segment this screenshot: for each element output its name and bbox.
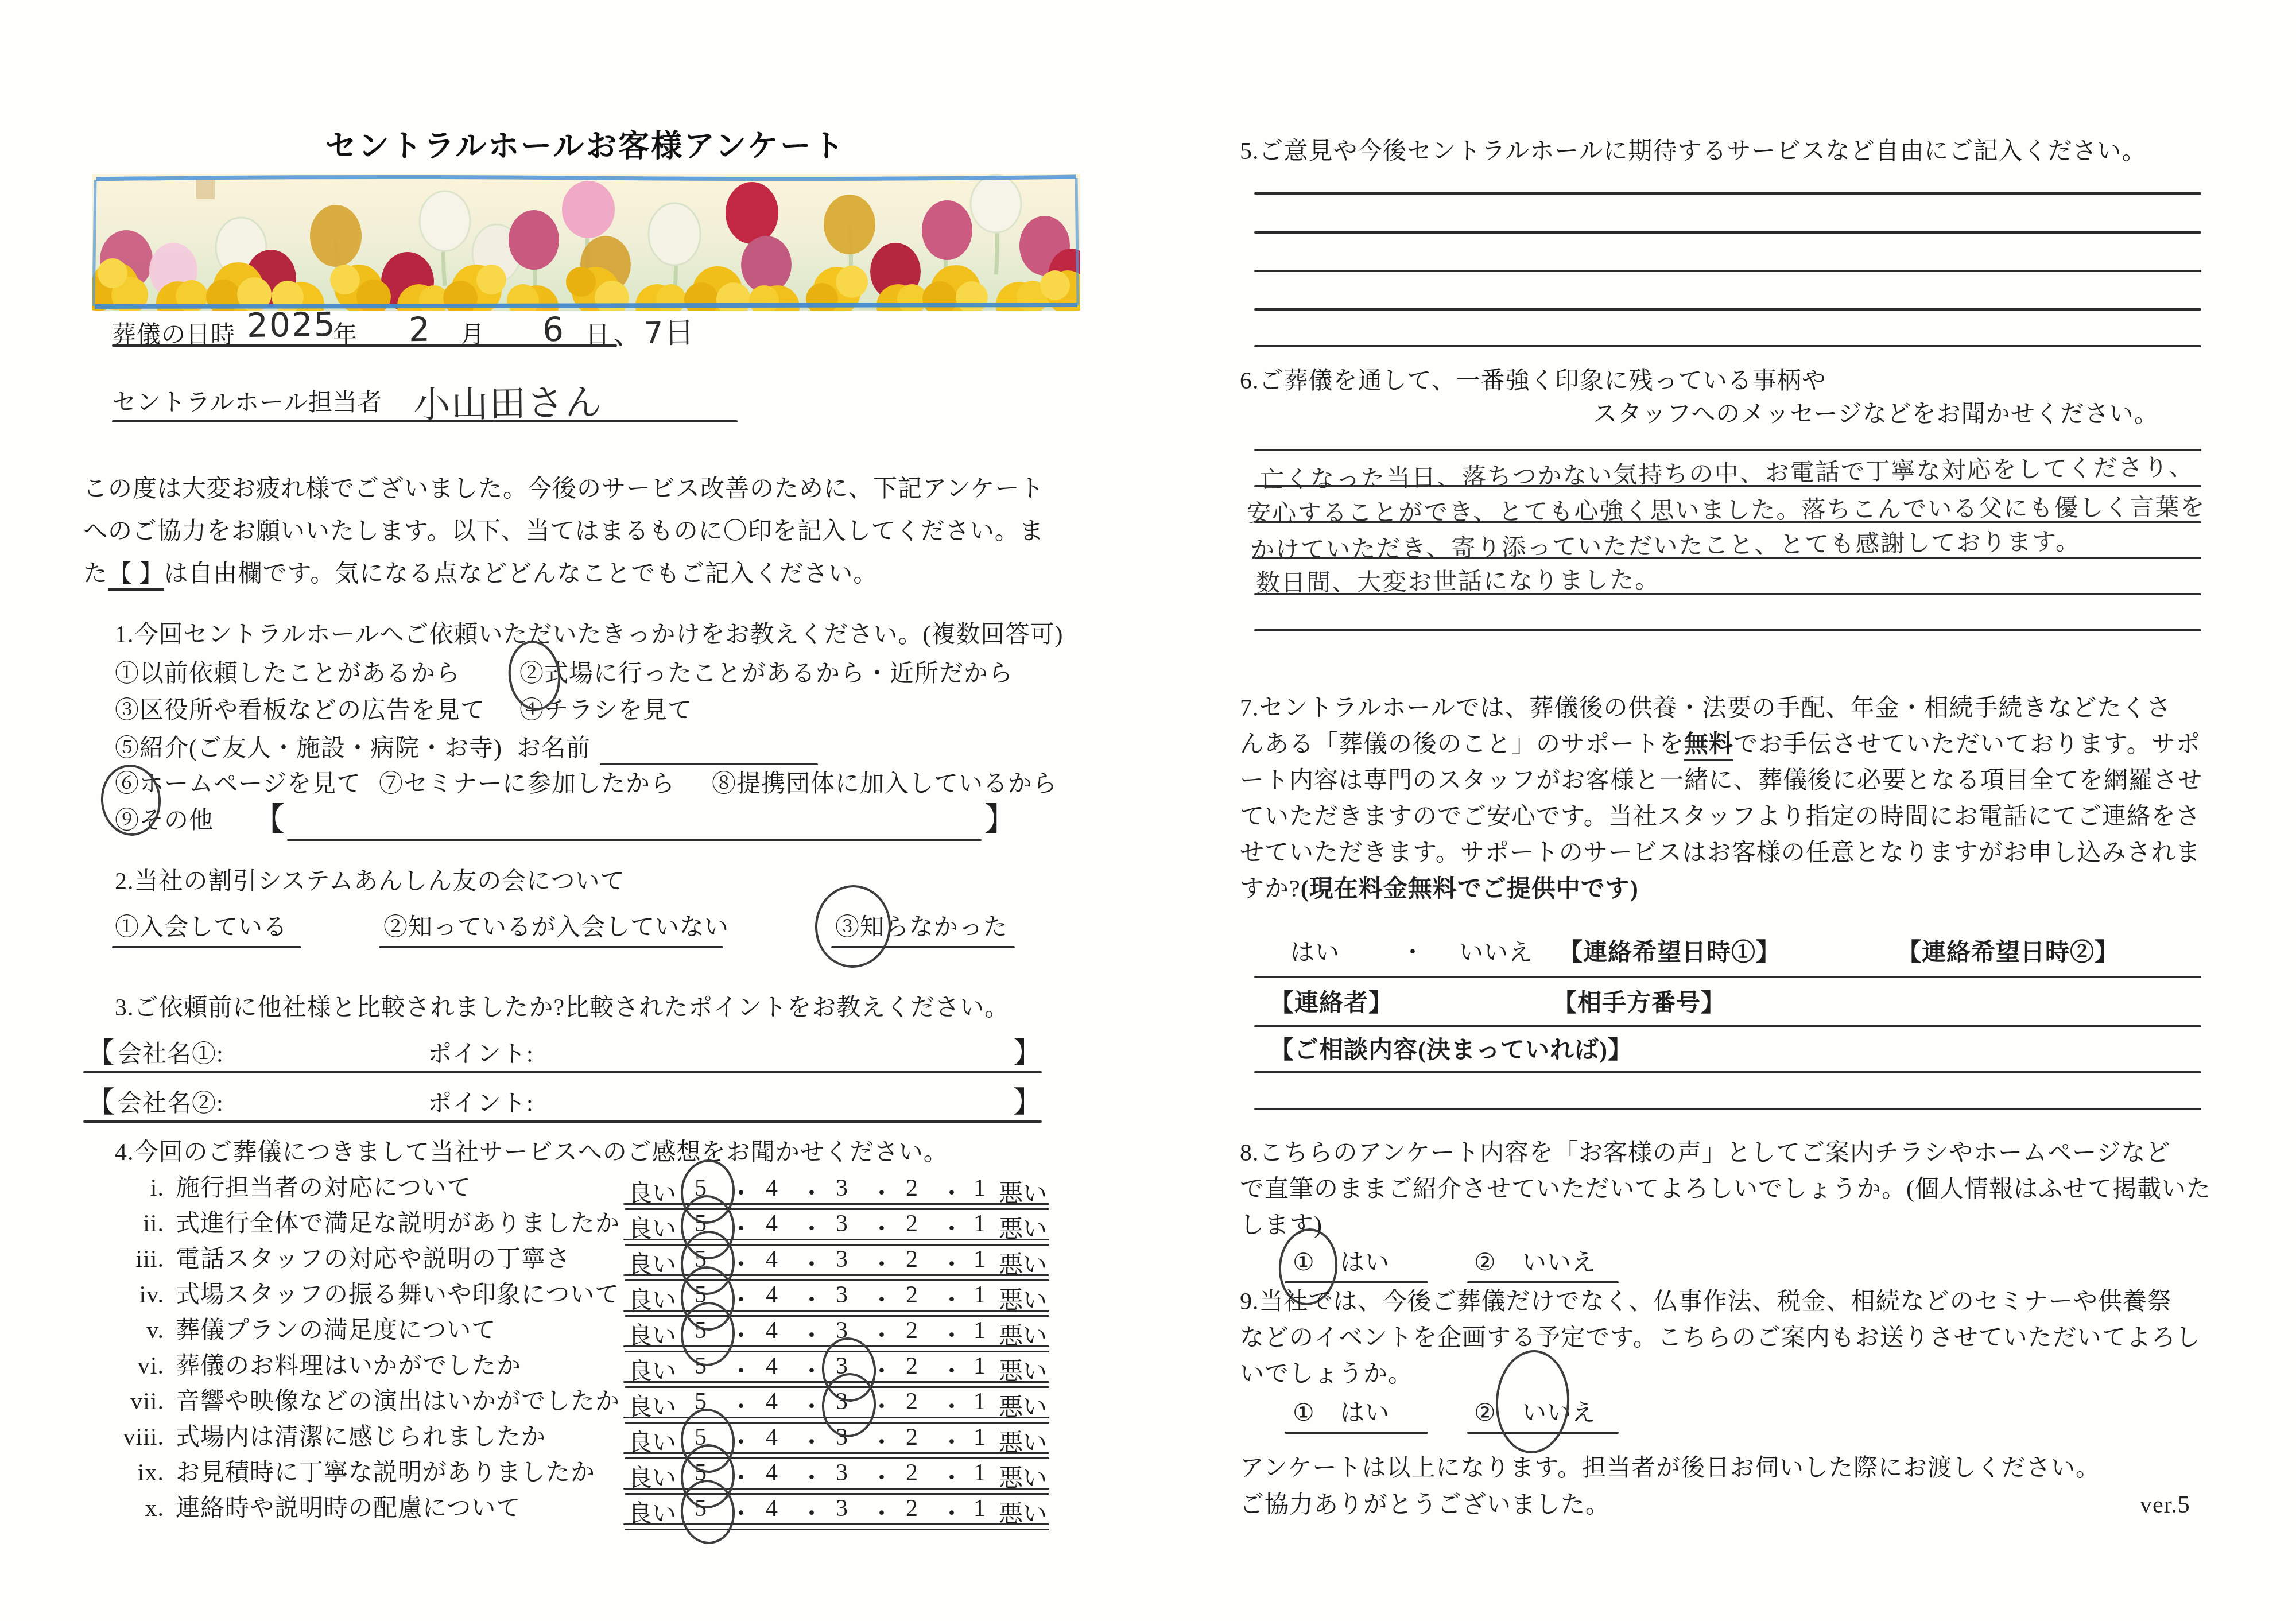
scale-value-4: 4	[766, 1352, 778, 1380]
q5-blank-line-5	[1254, 345, 2201, 347]
q9-option-2-number: ②	[1474, 1399, 1496, 1427]
scale-value-3: 3	[836, 1424, 848, 1451]
rating-row-numeral: ii.	[115, 1210, 164, 1238]
scale-value-1: 1	[974, 1174, 986, 1202]
q7-no-label: いいえ	[1459, 939, 1533, 967]
q7-contact-person: 【連絡者】	[1270, 990, 1393, 1017]
scale-value-2: 2	[906, 1388, 918, 1416]
q5-heading: 5.ご意見や今後セントラルホールに期待するサービスなど自由にご記入ください。	[1240, 138, 2146, 165]
q1-option-8: ⑧提携団体に加入しているから	[712, 770, 1057, 798]
rating-row-numeral: x.	[115, 1495, 164, 1522]
scale-value-4: 4	[766, 1459, 778, 1487]
rating-row: i. 施行担当者の対応について 良い 5 ・ 4 ・ 3 ・ 2 ・ 1 悪い	[0, 1174, 1148, 1210]
intro-line-1: この度は大変お疲れ様でございました。今後のサービス改善のために、下記アンケート	[83, 475, 1044, 503]
rating-row-label: 式場内は清潔に感じられましたか	[176, 1424, 546, 1451]
q6-heading-line-2: スタッフへのメッセージなどをお聞かせください。	[1593, 401, 2159, 428]
scale-value-1: 1	[974, 1281, 986, 1309]
funeral-year-value: 2025	[247, 305, 337, 345]
staff-label: セントラルホール担当者	[112, 389, 382, 417]
funeral-day-extra: 、7日	[612, 308, 695, 352]
scale-value-2: 2	[906, 1317, 918, 1344]
rating-row-numeral: ix.	[115, 1459, 164, 1487]
q3-row1-bracket-open: 【	[86, 1037, 115, 1070]
scale-value-2: 2	[906, 1459, 918, 1487]
rating-scale: 良い 5 ・ 4 ・ 3 ・ 2 ・ 1 悪い	[626, 1495, 1085, 1530]
rating-row-numeral: viii.	[115, 1424, 164, 1451]
intro-line-2: へのご協力をお願いいたします。以下、当てはまるものに〇印を記入してください。ま	[83, 518, 1044, 545]
q9-option-1-label: はい	[1340, 1399, 1390, 1427]
q9-option-1-underline	[1285, 1432, 1428, 1434]
q3-row2-underline	[83, 1120, 1042, 1123]
q9-line-2: などのイベントを企画する予定です。こちらのご案内もお送りさせていただいてよろし	[1240, 1324, 2201, 1352]
q3-row1-bracket-close: 】	[1013, 1037, 1042, 1070]
q7-row2-underline	[1254, 1025, 2201, 1027]
rating-row: vi. 葬儀のお料理はいかがでしたか 良い 5 ・ 4 ・ 3 ・ 2 ・ 1 …	[0, 1352, 1148, 1388]
q7-line-5: せていただきます。サポートのサービスはお客様の任意となりますがお申し込みされま	[1240, 839, 2201, 867]
q8-option-2-label: いいえ	[1522, 1249, 1596, 1277]
rating-row-numeral: iii.	[115, 1246, 164, 1273]
q1-name-label: お名前	[517, 735, 591, 762]
q5-blank-line-3	[1254, 270, 2201, 272]
rating-row: ix. お見積時に丁寧な説明がありましたか 良い 5 ・ 4 ・ 3 ・ 2 ・…	[0, 1459, 1148, 1495]
scale-value-1: 1	[974, 1388, 986, 1416]
hand-circle-q9-opt2	[1493, 1348, 1572, 1455]
q2-option-1-underline	[112, 946, 301, 948]
rating-row-numeral: v.	[115, 1317, 164, 1344]
rating-row: v. 葬儀プランの満足度について 良い 5 ・ 4 ・ 3 ・ 2 ・ 1 悪い	[0, 1317, 1148, 1352]
rating-row-numeral: i.	[115, 1174, 164, 1202]
scale-value-2: 2	[906, 1210, 918, 1238]
q3-row1-company-label: 会社名①:	[118, 1041, 224, 1068]
rating-row-label: 施行担当者の対応について	[176, 1174, 471, 1202]
scale-value-3: 3	[836, 1495, 848, 1522]
rating-row-label: お見積時に丁寧な説明がありましたか	[176, 1459, 595, 1487]
q3-row1-underline	[83, 1071, 1042, 1073]
q3-heading: 3.ご依頼前に他社様と比較されましたか?比較されたポイントをお教えください。	[115, 994, 1009, 1022]
rating-row: ii. 式進行全体で満足な説明がありましたか 良い 5 ・ 4 ・ 3 ・ 2 …	[0, 1210, 1148, 1246]
scale-value-1: 1	[974, 1495, 986, 1522]
q7-line-2: んある「葬儀の後のこと」のサポートを無料でお手伝させていただいております。サポ	[1240, 731, 2201, 758]
footer-line-1: アンケートは以上になります。担当者が後日お伺いした際にお渡しください。	[1240, 1455, 2100, 1482]
scale-value-3: 3	[836, 1246, 848, 1273]
survey-page: セントラルホールお客様アンケート	[0, 0, 2296, 1621]
intro-line-3: た【 】は自由欄です。気になる点などどんなことでもご記入ください。	[83, 560, 878, 588]
q7-yes-label: はい	[1290, 939, 1340, 967]
q6-answer-line-4: 数日間、大変お世話になりました。	[1256, 561, 1661, 599]
q2-heading: 2.当社の割引システムあんしん友の会について	[115, 868, 625, 895]
q7-row3-underline	[1254, 1071, 2201, 1073]
q4-heading: 4.今回のご葬儀につきまして当社サービスへのご感想をお聞かせください。	[115, 1139, 948, 1166]
q1-name-underline	[600, 763, 818, 765]
q9-line-3: いでしょうか。	[1240, 1360, 1413, 1388]
q7-line-6: すか?(現在料金無料でご提供中です)	[1240, 875, 1639, 903]
rating-row-numeral: iv.	[115, 1281, 164, 1309]
scan-artifact	[196, 180, 215, 199]
scale-value-4: 4	[766, 1246, 778, 1273]
scale-value-1: 1	[974, 1424, 986, 1451]
q8-option-2-number: ②	[1474, 1249, 1496, 1277]
q8-line-1: 8.こちらのアンケート内容を「お客様の声」としてご案内チラシやホームページなど	[1240, 1139, 2170, 1167]
q9-line-1: 9.当社では、今後ご葬儀だけでなく、仏事作法、税金、相続などのセミナーや供養祭	[1240, 1288, 2172, 1316]
q6-answer-line-3: かけていただき、寄り添っていただいたこと、とても感謝しております。	[1250, 522, 2081, 565]
rating-row: iv. 式場スタッフの振る舞いや印象について 良い 5 ・ 4 ・ 3 ・ 2 …	[0, 1281, 1148, 1317]
rating-row-label: 式進行全体で満足な説明がありましたか	[176, 1210, 620, 1238]
q6-line-6	[1254, 629, 2201, 631]
footer-line-2: ご協力ありがとうございました。	[1240, 1491, 1610, 1519]
q7-line-3: ート内容は専門のスタッフがお客様と一緒に、葬儀後に必要となる項目全てを網羅させ	[1240, 767, 2202, 794]
rating-row-label: 連絡時や説明時の配慮について	[176, 1495, 521, 1522]
q1-option-3: ③区役所や看板などの広告を見て	[115, 697, 485, 724]
rating-row-label: 音響や映像などの演出はいかがでしたか	[176, 1388, 620, 1416]
rating-row-label: 式場スタッフの振る舞いや印象について	[176, 1281, 619, 1309]
scale-value-1: 1	[974, 1459, 986, 1487]
scale-value-2: 2	[906, 1424, 918, 1451]
q1-other-bracket-close: 】	[984, 801, 1017, 838]
q7-separator-dot: ・	[1401, 939, 1425, 967]
q7-contact-datetime-2: 【連絡希望日時②】	[1897, 939, 2119, 967]
q7-free-keyword: 無料	[1684, 731, 1733, 761]
scale-value-3: 3	[836, 1174, 848, 1202]
q3-row2-company-label: 会社名②:	[118, 1090, 224, 1118]
rating-row: vii. 音響や映像などの演出はいかがでしたか 良い 5 ・ 4 ・ 3 ・ 2…	[0, 1388, 1148, 1424]
rating-row-label: 葬儀のお料理はいかがでしたか	[176, 1352, 521, 1380]
q1-option-2: ②式場に行ったことがあるから・近所だから	[519, 660, 1013, 688]
rating-row-label: 電話スタッフの対応や説明の丁寧さ	[176, 1246, 571, 1273]
q7-line-4: ていただきますのでご安心です。当社スタッフより指定の時間にお電話にてご連絡をさ	[1240, 803, 2201, 831]
scale-value-5: 5	[695, 1352, 707, 1380]
rating-row-numeral: vi.	[115, 1352, 164, 1380]
rating-row-label: 葬儀プランの満足度について	[176, 1317, 496, 1344]
free-entry-brackets: 【 】	[108, 561, 164, 591]
q7-row1-underline	[1254, 976, 2201, 978]
q1-other-bracket-open: 【	[253, 801, 285, 838]
flower-banner-image	[92, 174, 1080, 311]
funeral-month-value: 2	[409, 310, 432, 350]
q2-option-1: ①入会している	[115, 914, 288, 941]
rating-row: viii. 式場内は清潔に感じられましたか 良い 5 ・ 4 ・ 3 ・ 2 ・…	[0, 1424, 1148, 1459]
scale-value-3: 3	[836, 1210, 848, 1238]
rating-row: iii. 電話スタッフの対応や説明の丁寧さ 良い 5 ・ 4 ・ 3 ・ 2 ・…	[0, 1246, 1148, 1281]
rating-row: x. 連絡時や説明時の配慮について 良い 5 ・ 4 ・ 3 ・ 2 ・ 1 悪…	[0, 1495, 1148, 1530]
scale-value-1: 1	[974, 1317, 986, 1344]
hand-circle-q2-opt3	[812, 883, 894, 971]
rating-row-numeral: vii.	[115, 1388, 164, 1416]
q8-option-2-underline	[1467, 1281, 1619, 1283]
scale-value-4: 4	[766, 1388, 778, 1416]
scale-value-4: 4	[766, 1281, 778, 1309]
q5-blank-line-4	[1254, 308, 2201, 311]
q1-option-5: ⑤紹介(ご友人・施設・病院・お寺)	[115, 735, 502, 762]
q7-line-1: 7.セントラルホールでは、葬儀後の供養・法要の手配、年金・相続手続きなどたくさ	[1240, 695, 2171, 722]
scale-value-2: 2	[906, 1352, 918, 1380]
scale-value-4: 4	[766, 1174, 778, 1202]
q2-option-2-underline	[379, 946, 723, 948]
scale-value-1: 1	[974, 1352, 986, 1380]
q1-option-7: ⑦セミナーに参加したから	[379, 770, 675, 798]
q5-blank-line-2	[1254, 231, 2201, 234]
scale-value-4: 4	[766, 1424, 778, 1451]
q6-answer-line-1: 亡くなった当日、落ちつかない気持ちの中、お電話で丁寧な対応をしてくださり、	[1260, 448, 2194, 496]
funeral-date-underline	[112, 344, 617, 347]
q5-blank-line-1	[1254, 192, 2201, 195]
scale-value-1: 1	[974, 1246, 986, 1273]
q1-other-underline	[287, 839, 982, 841]
staff-underline	[112, 420, 738, 422]
scale-value-4: 4	[766, 1495, 778, 1522]
version-label: ver.5	[2140, 1491, 2190, 1519]
q1-option-1: ①以前依頼したことがあるから	[115, 660, 460, 688]
scale-value-2: 2	[906, 1495, 918, 1522]
q7-blank-line	[1254, 1108, 2201, 1110]
q7-free-note: (現在料金無料でご提供中です)	[1301, 876, 1639, 902]
scale-value-2: 2	[906, 1281, 918, 1309]
q8-option-1-label: はい	[1340, 1249, 1390, 1277]
q6-heading-line-1: 6.ご葬儀を通して、一番強く印象に残っている事柄や	[1240, 367, 1826, 395]
scale-value-4: 4	[766, 1210, 778, 1238]
scale-value-3: 3	[836, 1281, 848, 1309]
page-title: セントラルホールお客様アンケート	[80, 122, 1091, 166]
q7-contact-phone: 【相手方番号】	[1553, 990, 1725, 1017]
q7-contact-datetime-1: 【連絡希望日時①】	[1558, 939, 1781, 967]
q2-option-2: ②知っているが入会していない	[383, 914, 729, 941]
scale-value-3: 3	[836, 1459, 848, 1487]
q9-option-1-number: ①	[1293, 1399, 1315, 1427]
q3-row2-bracket-open: 【	[86, 1086, 115, 1119]
scale-value-4: 4	[766, 1317, 778, 1344]
q1-heading: 1.今回セントラルホールへご依頼いただいたきっかけをお教えください。(複数回答可…	[115, 621, 1063, 649]
q3-row1-point-label: ポイント:	[428, 1041, 534, 1068]
scale-value-1: 1	[974, 1210, 986, 1238]
scale-value-2: 2	[906, 1246, 918, 1273]
q3-row2-bracket-close: 】	[1013, 1086, 1042, 1119]
q3-row2-point-label: ポイント:	[428, 1090, 534, 1118]
q7-consult-label: 【ご相談内容(決まっていれば)】	[1270, 1037, 1632, 1064]
funeral-day-value: 6	[542, 310, 565, 350]
scale-value-2: 2	[906, 1174, 918, 1202]
q8-line-2: で直筆のままご紹介させていただいてよろしいでしょうか。(個人情報はふせて掲載いた	[1240, 1176, 2211, 1203]
